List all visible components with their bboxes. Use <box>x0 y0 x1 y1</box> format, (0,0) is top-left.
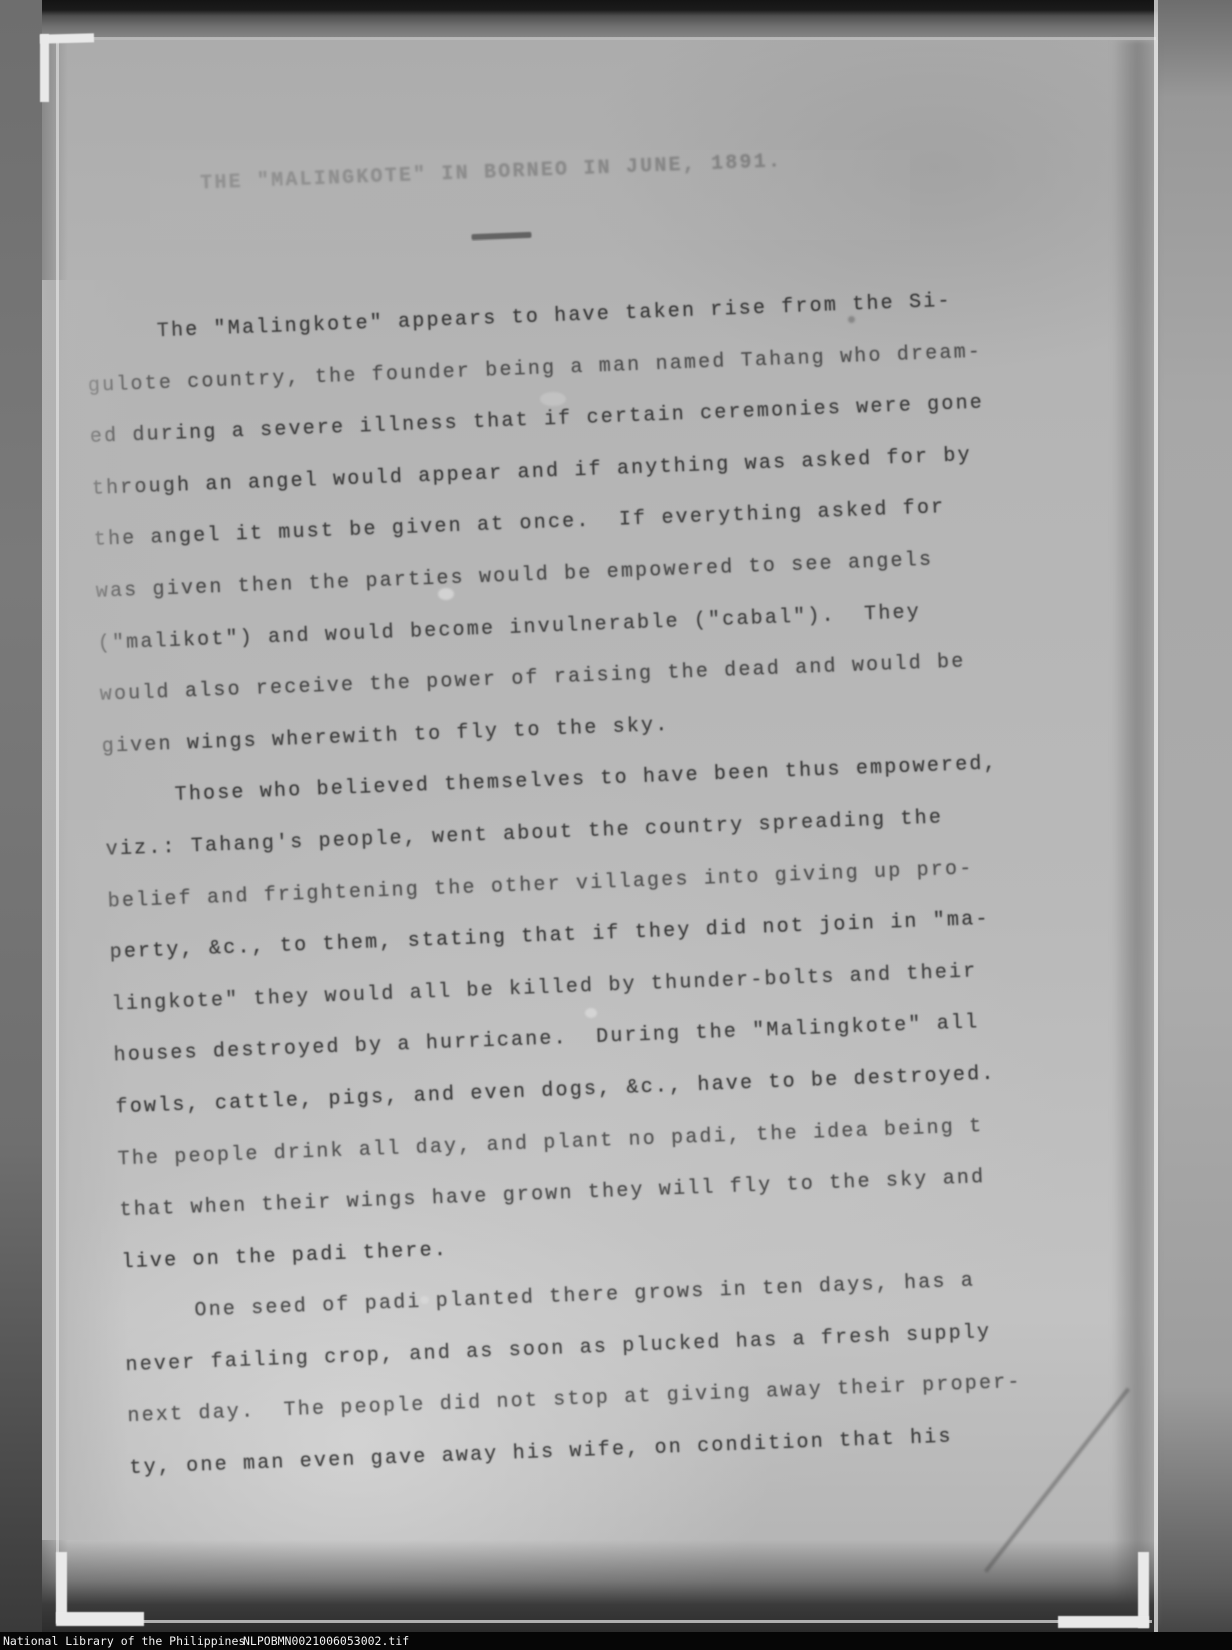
corner-mark-bottom-left <box>56 1612 144 1626</box>
document-body: The "Malingkote" appears to have taken r… <box>85 272 1090 1495</box>
paper-speck <box>848 316 855 323</box>
paper-speck <box>420 1296 429 1304</box>
archive-caption-bar: National Library of the Philippines NLPO… <box>0 1632 1232 1650</box>
frame-line-right <box>1154 0 1158 1632</box>
paper-speck <box>585 1008 597 1018</box>
corner-mark-top-left <box>40 34 49 102</box>
title-fade <box>150 150 910 240</box>
library-name: National Library of the Philippines <box>3 1632 245 1650</box>
paper-speck <box>540 392 566 406</box>
typewritten-text: THE "MALINGKOTE" IN BORNEO IN JUNE, 1891… <box>54 122 1104 1489</box>
frame-line-top <box>56 37 1156 40</box>
scanned-page-photo: THE "MALINGKOTE" IN BORNEO IN JUNE, 1891… <box>0 0 1232 1650</box>
adjacent-page-edge <box>1158 0 1232 1632</box>
paper-speck <box>438 588 454 600</box>
photo-left-border <box>0 0 42 1632</box>
binding-gutter-shadow <box>1112 40 1158 1625</box>
upper-left-fade <box>42 300 192 820</box>
page-bottom-shadow <box>42 1540 1158 1632</box>
frame-line-left <box>56 42 59 1622</box>
frame-line-bottom <box>56 1620 1152 1623</box>
corner-mark-bottom-right <box>1058 1616 1149 1628</box>
scan-filename: NLPOBMN0021006053002.tif <box>243 1632 409 1650</box>
